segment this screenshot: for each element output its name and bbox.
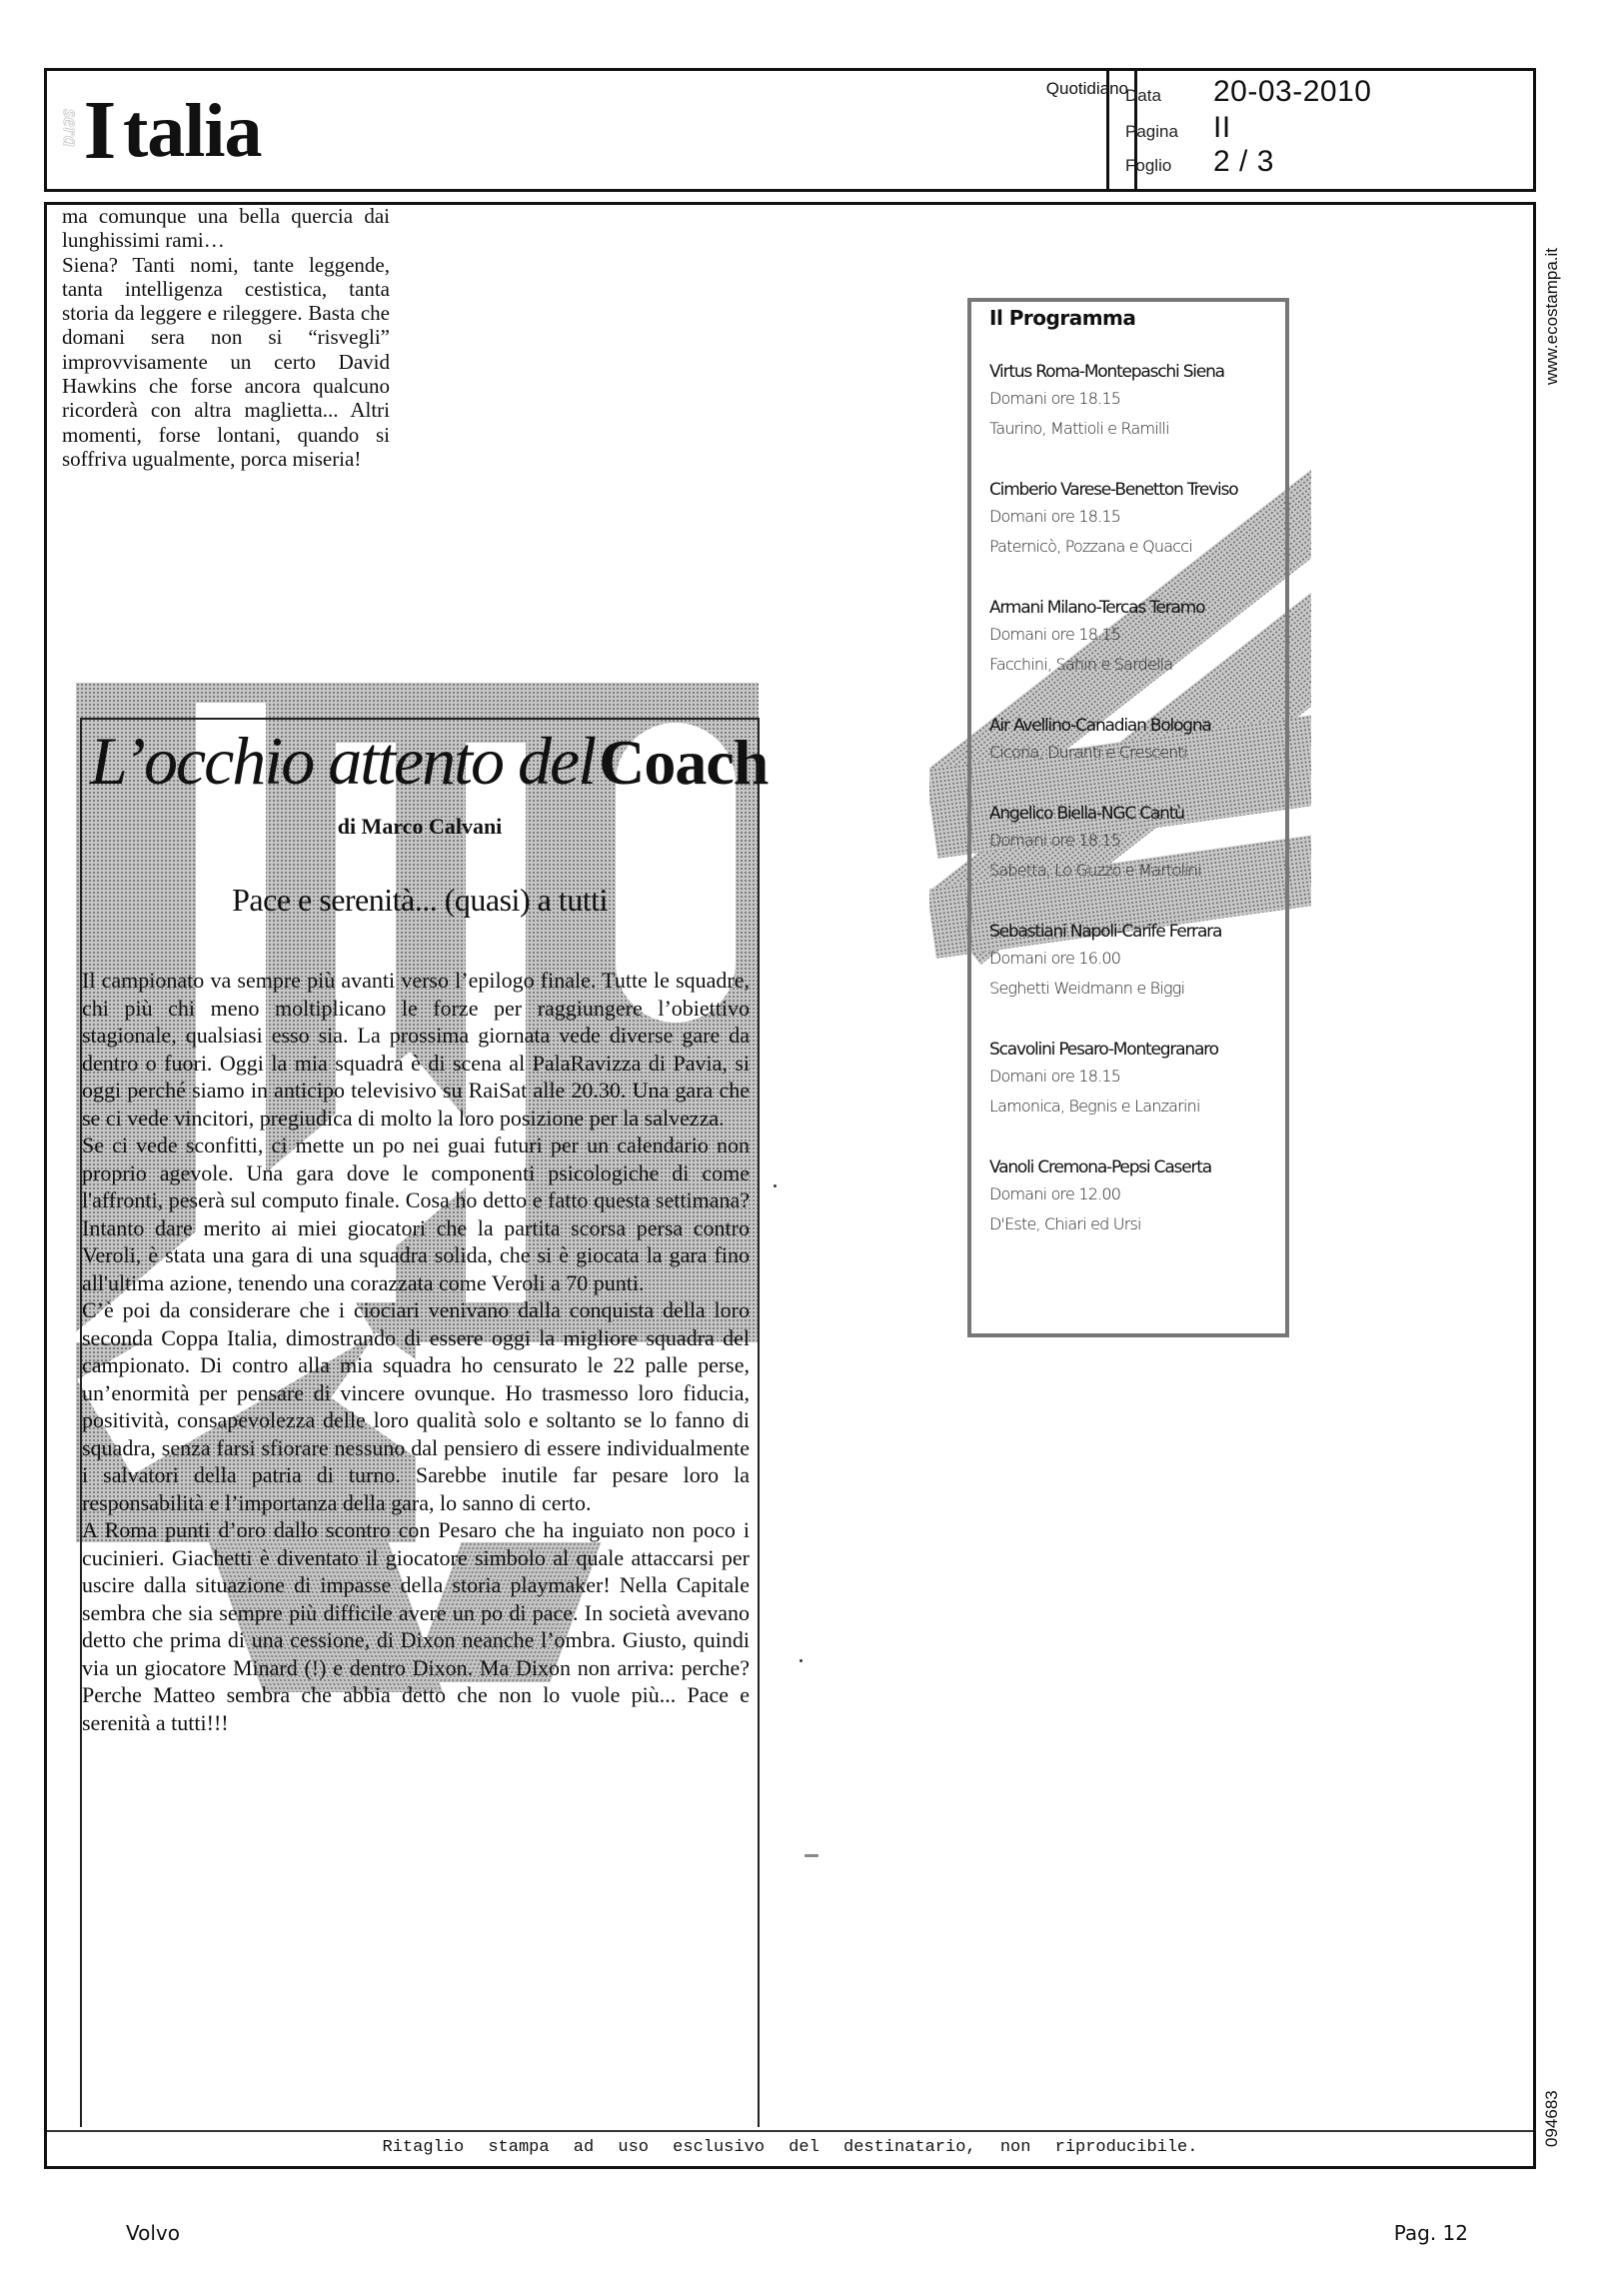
game-time: Domani ore 16.00: [989, 944, 1289, 974]
page-label: Pagina: [1125, 122, 1213, 142]
game-time: Domani ore 18.15: [989, 1062, 1289, 1092]
article-title: L’occhio attento del Coach: [90, 722, 750, 801]
footer-client: Volvo: [126, 2221, 180, 2245]
game-teams: Scavolini Pesaro-Montegranaro: [989, 1038, 1289, 1062]
game-teams: Angelico Biella-NGC Cantù: [989, 802, 1289, 826]
masthead: I sera talia Quotidiano: [44, 68, 1137, 192]
disclaimer: Ritaglio stampa ad uso esclusivo del des…: [47, 2130, 1533, 2166]
game-teams: Air Avellino-Canadian Bologna: [989, 714, 1289, 738]
metadata-box: Data 20-03-2010 Pagina II Foglio 2 / 3: [1106, 68, 1536, 192]
article-paragraph: Se ci vede sconfitti, ci mette un po nei…: [82, 1132, 750, 1296]
logo-wordmark: talia: [123, 91, 262, 171]
scan-speck: [800, 1659, 803, 1662]
article-body: Il campionato va sempre più avanti verso…: [82, 967, 750, 1736]
logo-sera-overlay: sera: [31, 109, 111, 147]
game-item: Vanoli Cremona-Pepsi Caserta Domani ore …: [989, 1155, 1289, 1239]
article-paragraph: C’è poi da considerare che i ciociari ve…: [82, 1296, 750, 1516]
game-time: Domani ore 18.15: [989, 502, 1289, 532]
game-teams: Virtus Roma-Montepaschi Siena: [989, 360, 1289, 384]
game-teams: Vanoli Cremona-Pepsi Caserta: [989, 1155, 1289, 1179]
game-teams: Cimberio Varese-Benetton Treviso: [989, 478, 1289, 502]
article-paragraph: A Roma punti d’oro dallo scontro con Pes…: [82, 1516, 750, 1736]
article-author: di Marco Calvani: [90, 814, 750, 840]
article-title-italic: L’occhio attento del: [90, 723, 595, 799]
game-referees: Lamonica, Begnis e Lanzarini: [989, 1092, 1289, 1122]
game-item: Air Avellino-Canadian Bologna Cicoria, D…: [989, 714, 1289, 768]
date-value: 20-03-2010: [1213, 75, 1371, 109]
side-code: 094683: [1542, 2081, 1572, 2151]
game-referees: Taurino, Mattioli e Ramilli: [989, 414, 1289, 444]
game-item: Armani Milano-Tercas Teramo Domani ore 1…: [989, 596, 1289, 680]
game-referees: D'Este, Chiari ed Ursi: [989, 1209, 1289, 1239]
side-website-text: www.ecostampa.it: [1542, 248, 1562, 385]
game-time: Domani ore 12.00: [989, 1179, 1289, 1209]
logo-initial: I sera: [77, 91, 123, 171]
page-value: II: [1213, 111, 1231, 145]
sheet-label: Foglio: [1125, 156, 1213, 176]
page-row: Pagina II: [1125, 111, 1231, 145]
article-paragraph: Il campionato va sempre più avanti verso…: [82, 967, 750, 1132]
game-item: Scavolini Pesaro-Montegranaro Domani ore…: [989, 1038, 1289, 1122]
programma-content: Il Programma Virtus Roma-Montepaschi Sie…: [989, 306, 1289, 1273]
side-code-text: 094683: [1542, 2090, 1562, 2147]
article-title-roman: Coach: [599, 727, 768, 798]
game-item: Angelico Biella-NGC Cantù Domani ore 18.…: [989, 802, 1289, 886]
article-subtitle: Pace e serenità... (quasi) a tutti: [90, 882, 750, 919]
footer-page-number: Pag. 12: [1394, 2221, 1468, 2245]
game-referees: Paternicò, Pozzana e Quacci: [989, 532, 1289, 562]
game-item: Virtus Roma-Montepaschi Siena Domani ore…: [989, 360, 1289, 444]
game-referees: Sabetta, Lo Guzzo e Martolini: [989, 856, 1289, 886]
game-referees: Cicoria, Duranti e Crescenti: [989, 738, 1289, 768]
lead-column: ma comunque una bella quercia dai lunghi…: [62, 204, 390, 471]
game-referees: Facchini, Sahin e Sardella: [989, 650, 1289, 680]
game-teams: Sebastiani Napoli-Carife Ferrara: [989, 920, 1289, 944]
game-item: Sebastiani Napoli-Carife Ferrara Domani …: [989, 920, 1289, 1004]
date-label: Data: [1125, 86, 1213, 106]
sheet-value: 2 / 3: [1213, 145, 1274, 179]
game-teams: Armani Milano-Tercas Teramo: [989, 596, 1289, 620]
lead-paragraph: Siena? Tanti nomi, tante leggende, tanta…: [62, 253, 390, 472]
game-time: Domani ore 18.15: [989, 826, 1289, 856]
date-row: Data 20-03-2010: [1125, 75, 1371, 109]
game-time: Domani ore 18.15: [989, 620, 1289, 650]
game-referees: Seghetti Weidmann e Biggi: [989, 974, 1289, 1004]
scan-speck: [805, 1854, 818, 1857]
newspaper-logo: I sera talia: [77, 91, 262, 171]
game-item: Cimberio Varese-Benetton Treviso Domani …: [989, 478, 1289, 562]
scan-speck: [774, 1184, 777, 1187]
game-time: Domani ore 18.15: [989, 384, 1289, 414]
side-website: www.ecostampa.it: [1542, 215, 1572, 385]
sheet-row: Foglio 2 / 3: [1125, 145, 1274, 179]
lead-paragraph: ma comunque una bella quercia dai lunghi…: [62, 204, 390, 253]
programma-title: Il Programma: [989, 306, 1289, 330]
